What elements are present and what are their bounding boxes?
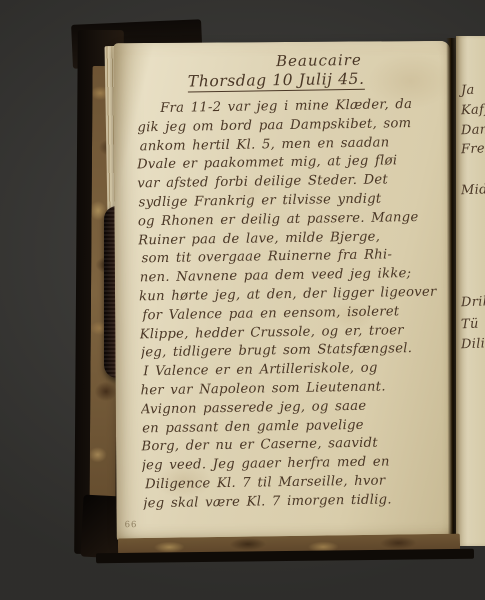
facing-page-text-fragment: Kaffe (461, 101, 485, 118)
facing-page-text-fragment: Drik (461, 293, 485, 310)
facing-page-text-fragment: Mid (461, 181, 485, 198)
facing-page-text-fragment: Tü (461, 315, 485, 332)
handwritten-entry: Beaucaire Thorsdag 10 Julij 45. Fra 11-2… (135, 48, 449, 527)
facing-page-text-fragment: Ja (461, 81, 485, 98)
manuscript-line: jeg skal være Kl. 7 imorgen tidlig. (143, 490, 449, 514)
facing-page-sliver: JaKaffeDamFredMidDrikTüDilig (456, 36, 485, 546)
page-number: 66 (125, 520, 138, 530)
facing-page-text-fragment: Dilig (461, 335, 485, 352)
facing-page-text-fragment: Fred (461, 140, 485, 157)
entry-body-text: Fra 11-2 var jeg i mine Klæder, dagik je… (136, 96, 449, 514)
entry-date-heading: Thorsdag 10 Julij 45. (135, 69, 443, 94)
photo-background: Beaucaire Thorsdag 10 Julij 45. Fra 11-2… (0, 0, 485, 600)
journal-page: Beaucaire Thorsdag 10 Julij 45. Fra 11-2… (113, 41, 453, 541)
entry-date-text: Thorsdag 10 Julij 45. (188, 70, 365, 93)
facing-page-text-fragment: Dam (461, 121, 485, 138)
